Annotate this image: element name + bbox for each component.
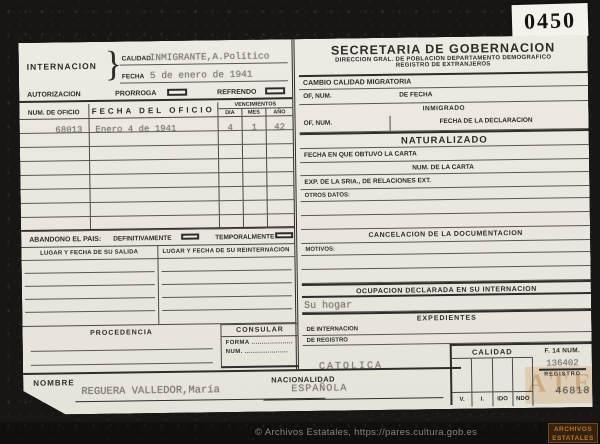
naturalizado-header: NATURALIZADO — [401, 134, 488, 146]
lugar-columns: LUGAR Y FECHA DE SU SALIDA LUGAR Y FECHA… — [21, 244, 295, 327]
oficio-table: NUM. DE OFICIO FECHA DEL OFICIO VENCIMIE… — [19, 101, 294, 232]
folio-number-stamp: 0450 — [512, 3, 589, 38]
nombre-value: REGUERA VALLEDOR,María — [81, 384, 220, 398]
num-carta-label: NUM. DE LA CARTA — [412, 164, 474, 172]
refrendo-checkbox — [265, 87, 285, 94]
exp-sria-label: EXP. DE LA SRIA., DE RELACIONES EXT. — [304, 177, 431, 186]
watermark-line1: ARCHIVOS — [549, 425, 597, 434]
internacion-row: INTERNACION } CALIDAD INMIGRANTE,A.Polít… — [18, 43, 292, 87]
expedientes-header: EXPEDIENTES — [417, 315, 477, 323]
prorroga-checkbox — [167, 89, 187, 96]
nacionalidad-value: ESPAÑOLA — [291, 383, 347, 395]
fecha-label: FECHA — [122, 73, 144, 80]
motivos-label: MOTIVOS: — [305, 247, 335, 253]
abandono-label: ABANDONO EL PAIS: — [29, 236, 101, 244]
fecha-carta-label: FECHA EN QUE OBTUVO LA CARTA — [304, 150, 417, 159]
watermark-line2: ESTATALES — [549, 434, 597, 443]
fecha-field: FECHA 5 de enero de 1941 — [120, 64, 288, 83]
de-registro-label: DE REGISTRO — [307, 337, 348, 344]
calidad-col-ndo: NDO — [513, 392, 533, 406]
f14-header: F. 14 NUM. — [533, 344, 592, 355]
de-internacion-label: DE INTERNACION — [306, 326, 358, 333]
calidad-table: CALIDAD V. I. IDO NDO — [450, 343, 534, 405]
col-header-ano: AÑO — [266, 108, 292, 115]
col-header-num-oficio: NUM. DE OFICIO — [19, 104, 89, 119]
ruled-line — [162, 296, 293, 311]
calidad-label: CALIDAD — [122, 55, 151, 62]
col-header-vencimientos: VENCIMIENTOS DIA MES AÑO — [218, 101, 292, 116]
immigration-registration-card: INTERNACION } CALIDAD INMIGRANTE,A.Polít… — [18, 35, 592, 415]
consular-forma-label: FORMA .................... — [222, 336, 299, 346]
consular-header: CONSULAR — [221, 324, 298, 337]
registro-label: REGISTRO — [533, 370, 592, 378]
autorizacion-label: AUTORIZACION — [27, 91, 81, 99]
calidad-col-i: I. — [473, 392, 493, 406]
f14-box: F. 14 NUM. 136402 REGISTRO 46818 — [533, 342, 593, 404]
right-section: SECRETARIA DE GOBERNACION DIRECCION GRAL… — [298, 35, 592, 407]
calidad-field: CALIDAD INMIGRANTE,A.Político — [120, 46, 288, 65]
calidad-col-ido: IDO — [493, 392, 513, 406]
col-header-dia: DIA — [218, 109, 242, 116]
prorroga-label: PRORROGA — [115, 90, 156, 98]
f14-number: 136402 — [546, 358, 579, 368]
col-header-mes: MES — [242, 109, 266, 116]
form-header: SECRETARIA DE GOBERNACION DIRECCION GRAL… — [298, 35, 588, 77]
de-fecha-label: DE FECHA — [399, 91, 432, 98]
archivos-estatales-watermark: ARCHIVOS ESTATALES — [548, 423, 598, 443]
calidad-columns — [452, 358, 533, 392]
calidad-value: INMIGRANTE,A.Político — [150, 50, 270, 63]
definitivamente-checkbox — [181, 233, 199, 239]
of-num2-label: OF, NUM. — [304, 120, 333, 127]
autorizacion-row: AUTORIZACION PRORROGA REFRENDO — [19, 84, 292, 103]
col-header-fecha-oficio: FECHA DEL OFICIO — [89, 102, 219, 118]
nombre-label: NOMBRE — [33, 378, 75, 388]
consular-num-label: NUM. ..................... — [222, 345, 299, 355]
footer-bar: © Archivos Estatales, https://pares.cult… — [0, 422, 600, 444]
archive-credit-text: © Archivos Estatales, https://pares.cult… — [255, 427, 477, 438]
cell-divider — [389, 116, 390, 131]
reinternacion-header: LUGAR Y FECHA DE SU REINTERNACION — [158, 244, 295, 259]
internacion-label: INTERNACION — [27, 61, 97, 72]
temporalmente-label: TEMPORALMENTE — [215, 233, 274, 241]
salida-header: LUGAR Y FECHA DE SU SALIDA — [21, 246, 157, 261]
consular-box: CONSULAR FORMA .................... NUM.… — [220, 323, 299, 368]
calidad-header: CALIDAD — [452, 345, 533, 359]
registro-number: 46818 — [555, 386, 590, 397]
nombre-strip: NOMBRE REGUERA VALLEDOR,María NACIONALID… — [23, 367, 462, 415]
definitivamente-label: DEFINITIVAMENTE — [113, 235, 171, 243]
ocupacion-value: Su hogar — [304, 300, 352, 312]
oficio-row-empty — [21, 214, 294, 232]
cambio-calidad-header: CAMBIO CALIDAD MIGRATORIA — [303, 79, 411, 88]
fecha-declaracion-label: FECHA DE LA DECLARACION — [440, 117, 533, 125]
ruled-line — [31, 349, 213, 366]
cancelacion-header: CANCELACION DE LA DOCUMENTACION — [368, 230, 522, 239]
salida-column: LUGAR Y FECHA DE SU SALIDA — [21, 246, 159, 326]
left-section: INTERNACION } CALIDAD INMIGRANTE,A.Polít… — [18, 39, 299, 373]
inmigrado-header: INMIGRADO — [423, 105, 466, 113]
procedencia-area: PROCEDENCIA — [22, 324, 221, 373]
refrendo-label: REFRENDO — [217, 89, 256, 97]
folio-number: 0450 — [524, 7, 577, 34]
ruled-line — [25, 298, 155, 313]
fecha-value: 5 de enero de 1941 — [150, 69, 253, 81]
calidad-column-labels: V. I. IDO NDO — [452, 391, 533, 407]
procedencia-row: PROCEDENCIA CONSULAR FORMA .............… — [22, 323, 296, 373]
of-num-label: OF, NUM. — [303, 93, 332, 100]
temporalmente-checkbox — [275, 232, 293, 238]
reinternacion-column: LUGAR Y FECHA DE SU REINTERNACION — [158, 244, 296, 324]
otros-datos-label: OTROS DATOS: — [305, 192, 351, 199]
ocupacion-header: OCUPACION DECLARADA EN SU INTERNACION — [356, 286, 537, 296]
